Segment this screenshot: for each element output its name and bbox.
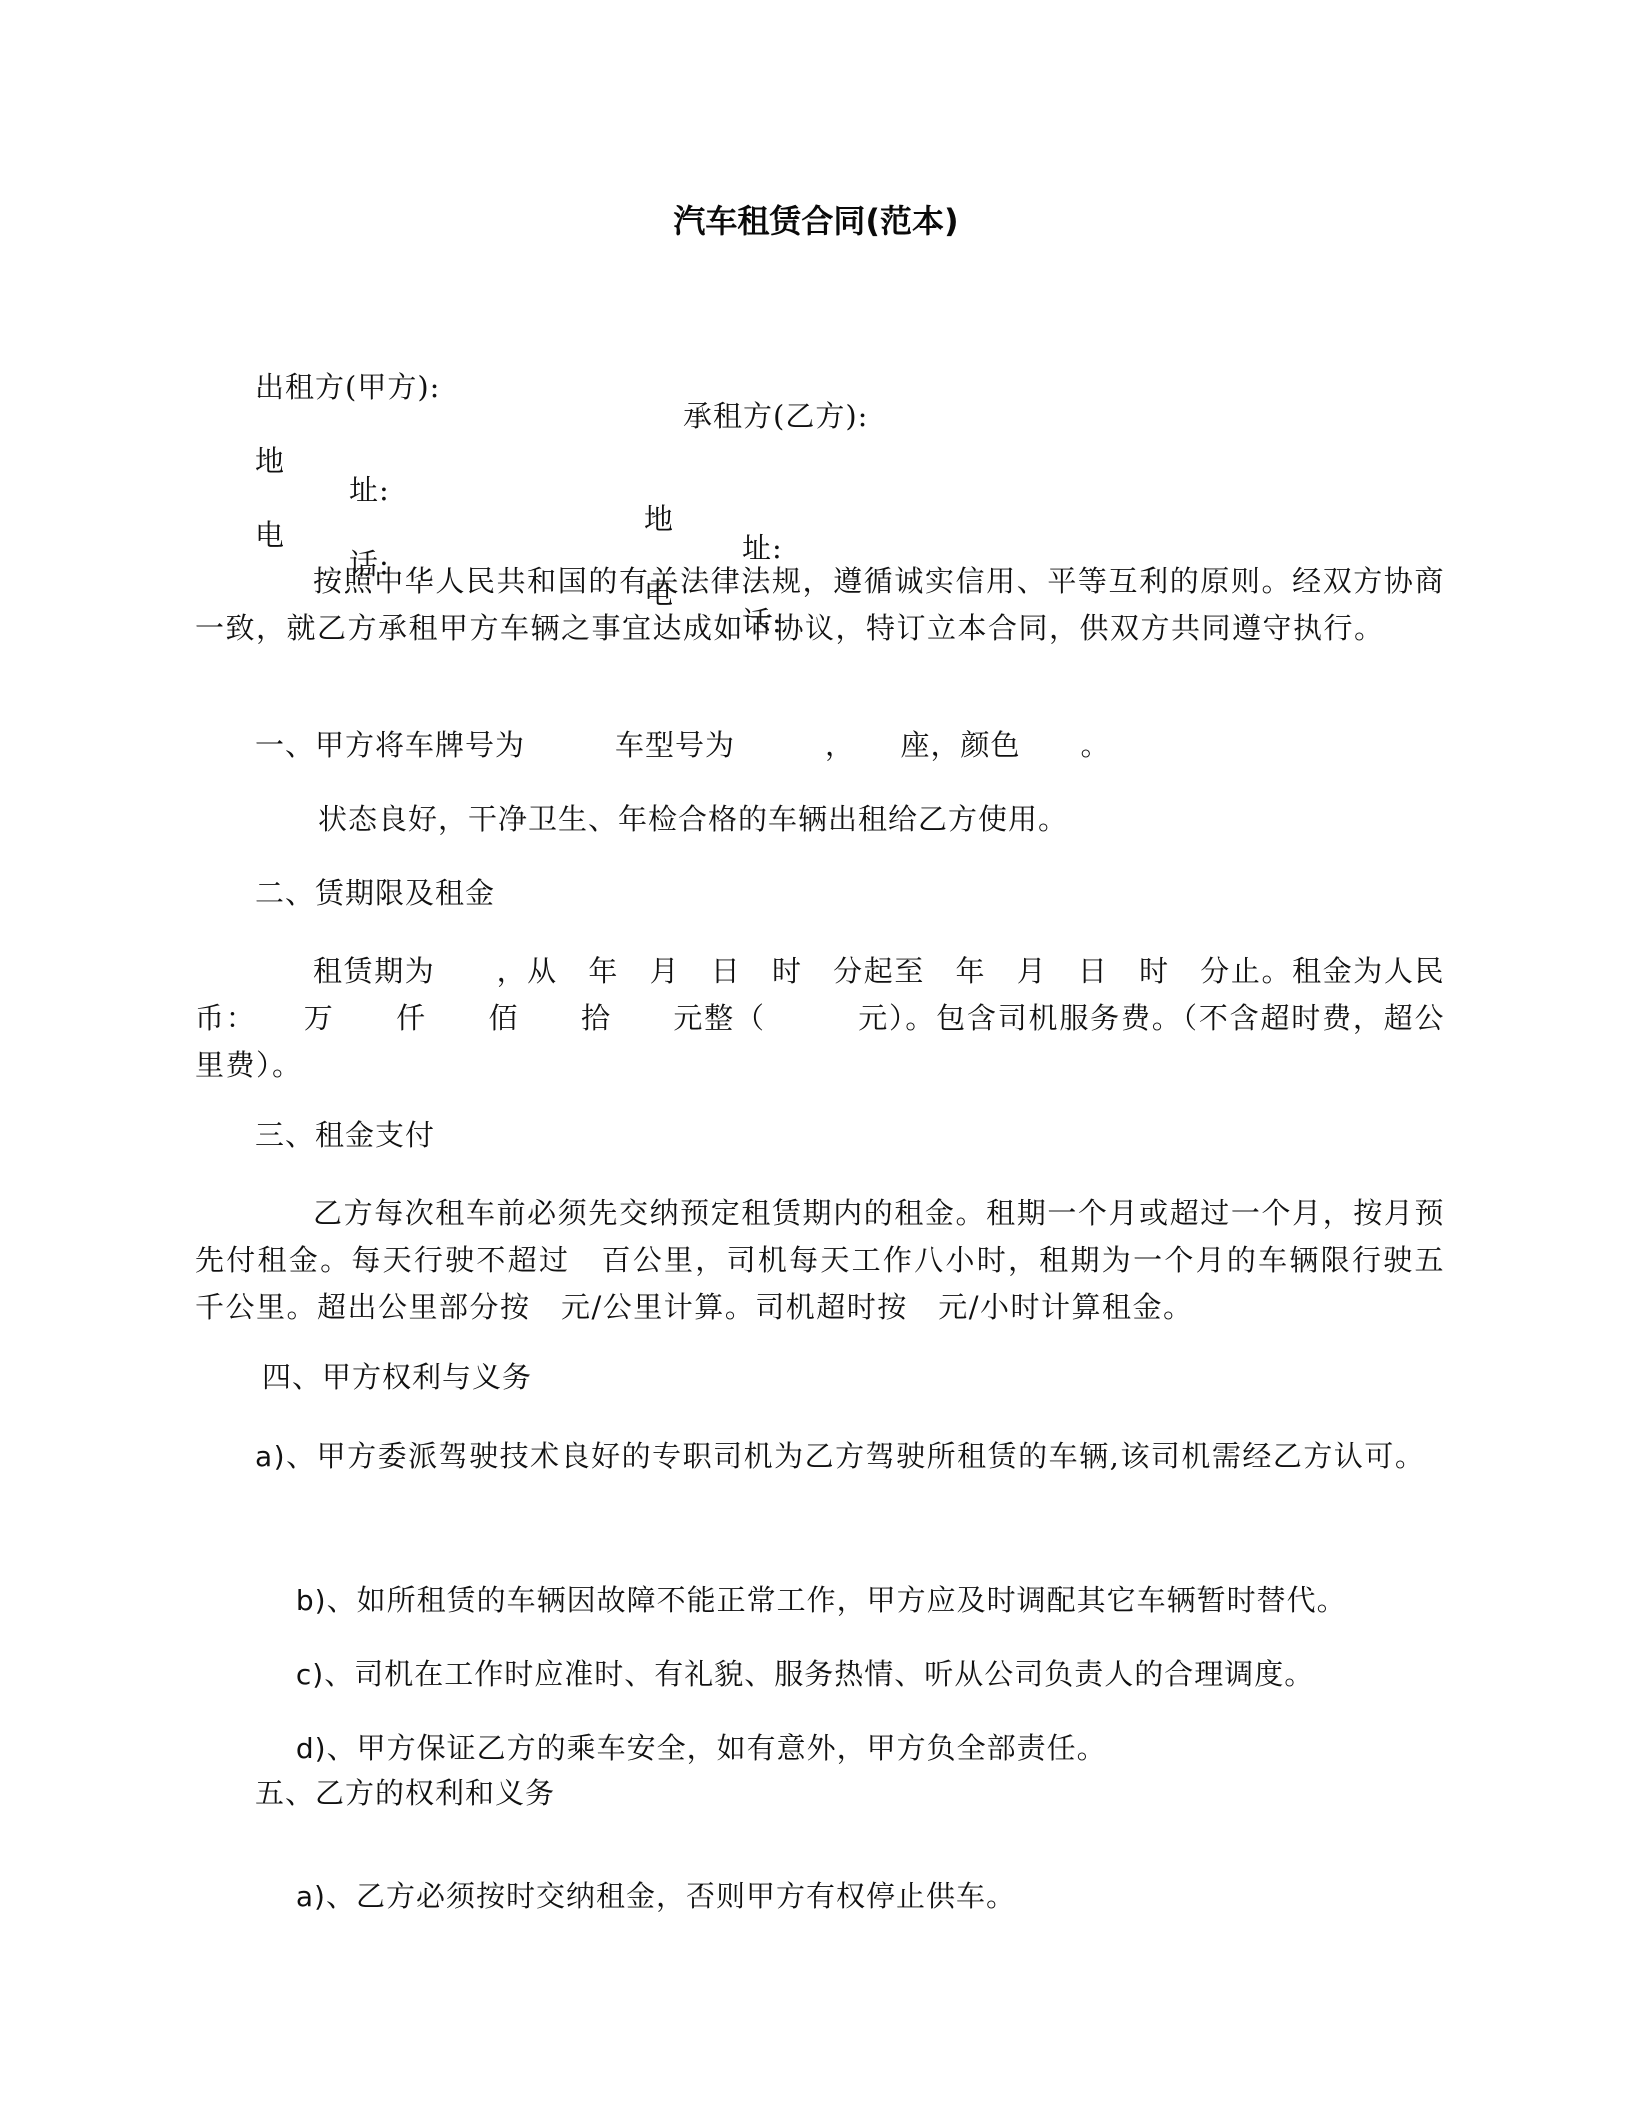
item-marker: a) [296, 1880, 326, 1913]
party-row-names: 出租方(甲方): 承租方(乙方): [0, 344, 1632, 384]
section-2-body: 租赁期为 ，从 年 月 日 时 分起至 年 月 日 时 分止。租金为人民币： 万… [195, 948, 1445, 1089]
item-marker: a) [255, 1440, 286, 1473]
party-row-phone: 电 话: 电 话: [0, 492, 1632, 532]
lessor-phone-label-1: 电 [255, 521, 285, 550]
lessor-label: 出租方(甲方): [255, 373, 440, 402]
section-4-heading: 四、甲方权利与义务 [262, 1363, 532, 1392]
section-1-heading: 一、甲方将车牌号为 车型号为 ， 座，颜色 。 [255, 731, 1111, 760]
section-5-heading: 五、乙方的权利和义务 [255, 1779, 555, 1808]
section-5-item-a: a)、乙方必须按时交纳租金，否则甲方有权停止供车。 [255, 1853, 1016, 1940]
section-3-body: 乙方每次租车前必须先交纳预定租赁期内的租金。租期一个月或超过一个月，按月预先付租… [195, 1190, 1445, 1331]
item-marker: c) [296, 1658, 324, 1691]
party-row-address: 地 址: 地 址: [0, 418, 1632, 458]
preamble-paragraph: 按照中华人民共和国的有关法律法规，遵循诚实信用、平等互利的原则。经双方协商一致，… [195, 558, 1445, 652]
section-1-body: 状态良好，干净卫生、年检合格的车辆出租给乙方使用。 [318, 805, 1068, 834]
item-marker: b) [296, 1584, 327, 1617]
document-title: 汽车租赁合同(范本) [0, 196, 1632, 242]
item-marker: d) [296, 1732, 327, 1765]
section-4-item-a: a)、甲方委派驾驶技术良好的专职司机为乙方驾驶所租赁的车辆,该司机需经乙方认可。 [195, 1433, 1445, 1480]
lessor-address-label-1: 地 [255, 447, 285, 476]
item-text: 、乙方必须按时交纳租金，否则甲方有权停止供车。 [326, 1879, 1016, 1913]
document-page: 汽车租赁合同(范本) 出租方(甲方): 承租方(乙方): 地 址: 地 址: 电… [0, 0, 1632, 2112]
section-3-heading: 三、租金支付 [255, 1121, 435, 1150]
item-text: 、如所租赁的车辆因故障不能正常工作，甲方应及时调配其它车辆暂时替代。 [327, 1583, 1347, 1617]
item-text: 、司机在工作时应准时、有礼貌、服务热情、听从公司负责人的合理调度。 [324, 1657, 1314, 1691]
item-text: 、甲方保证乙方的乘车安全，如有意外，甲方负全部责任。 [327, 1731, 1107, 1765]
item-text: 、甲方委派驾驶技术良好的专职司机为乙方驾驶所租赁的车辆,该司机需经乙方认可。 [286, 1439, 1425, 1473]
section-2-heading: 二、赁期限及租金 [255, 879, 495, 908]
